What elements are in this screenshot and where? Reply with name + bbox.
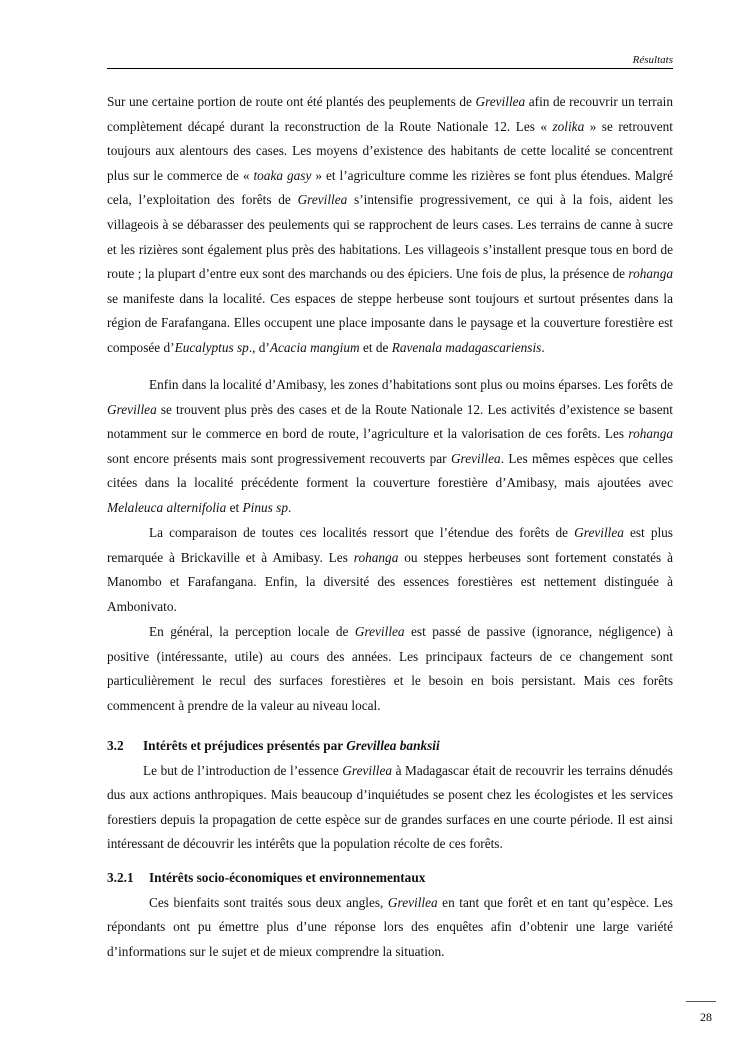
- section-heading-3-2-1: 3.2.1Intérêts socio-économiques et envir…: [107, 866, 673, 891]
- section-3-2-1: 3.2.1Intérêts socio-économiques et envir…: [107, 866, 673, 964]
- italic-term: Eucalyptus sp: [175, 340, 249, 355]
- header-rule: [107, 68, 673, 69]
- section-number: 3.2: [107, 734, 143, 759]
- section-paragraph: Ces bienfaits sont traités sous deux ang…: [107, 891, 673, 965]
- section-heading-3-2: 3.2Intérêts et préjudices présentés par …: [107, 734, 673, 759]
- section-paragraph: Le but de l’introduction de l’essence Gr…: [107, 759, 673, 857]
- paragraph-2: Enfin dans la localité d’Amibasy, les zo…: [107, 373, 673, 521]
- italic-term: Grevillea: [298, 192, 348, 207]
- paragraph-3: La comparaison de toutes ces localités r…: [107, 521, 673, 619]
- italic-term: Grevillea: [574, 525, 624, 540]
- italic-term: Grevillea: [475, 94, 525, 109]
- paragraph-text: La comparaison de toutes ces localités r…: [107, 521, 673, 619]
- italic-term: Grevillea: [451, 451, 501, 466]
- paragraph-text: En général, la perception locale de Grev…: [107, 620, 673, 718]
- section-title: Intérêts et préjudices présentés par: [143, 738, 346, 753]
- italic-term: Grevillea: [388, 895, 438, 910]
- italic-term: Grevillea: [107, 402, 157, 417]
- section-title: Intérêts socio-économiques et environnem…: [149, 870, 425, 885]
- section-3-2: 3.2Intérêts et préjudices présentés par …: [107, 734, 673, 857]
- italic-term: toaka gasy: [253, 168, 311, 183]
- paragraph-text: Enfin dans la localité d’Amibasy, les zo…: [107, 373, 673, 521]
- header-section-title: Résultats: [633, 54, 673, 66]
- page-number: 28: [700, 1010, 712, 1025]
- italic-term: rohanga: [354, 550, 399, 565]
- italic-term: rohanga: [628, 266, 673, 281]
- section-title-species: Grevillea banksii: [346, 738, 439, 753]
- paragraph-1: Sur une certaine portion de route ont ét…: [107, 90, 673, 361]
- italic-term: Melaleuca alternifolia: [107, 500, 226, 515]
- footer-rule: [686, 1001, 716, 1002]
- paragraph-4: En général, la perception locale de Grev…: [107, 620, 673, 718]
- italic-term: zolika: [552, 119, 584, 134]
- italic-term: Acacia mangium: [270, 340, 360, 355]
- italic-term: Ravenala madagascariensis: [392, 340, 542, 355]
- paragraph-text: Sur une certaine portion de route ont ét…: [107, 90, 673, 361]
- italic-term: Pinus sp: [243, 500, 288, 515]
- section-number: 3.2.1: [107, 866, 149, 891]
- italic-term: rohanga: [628, 426, 673, 441]
- italic-term: Grevillea: [342, 763, 392, 778]
- italic-term: Grevillea: [355, 624, 405, 639]
